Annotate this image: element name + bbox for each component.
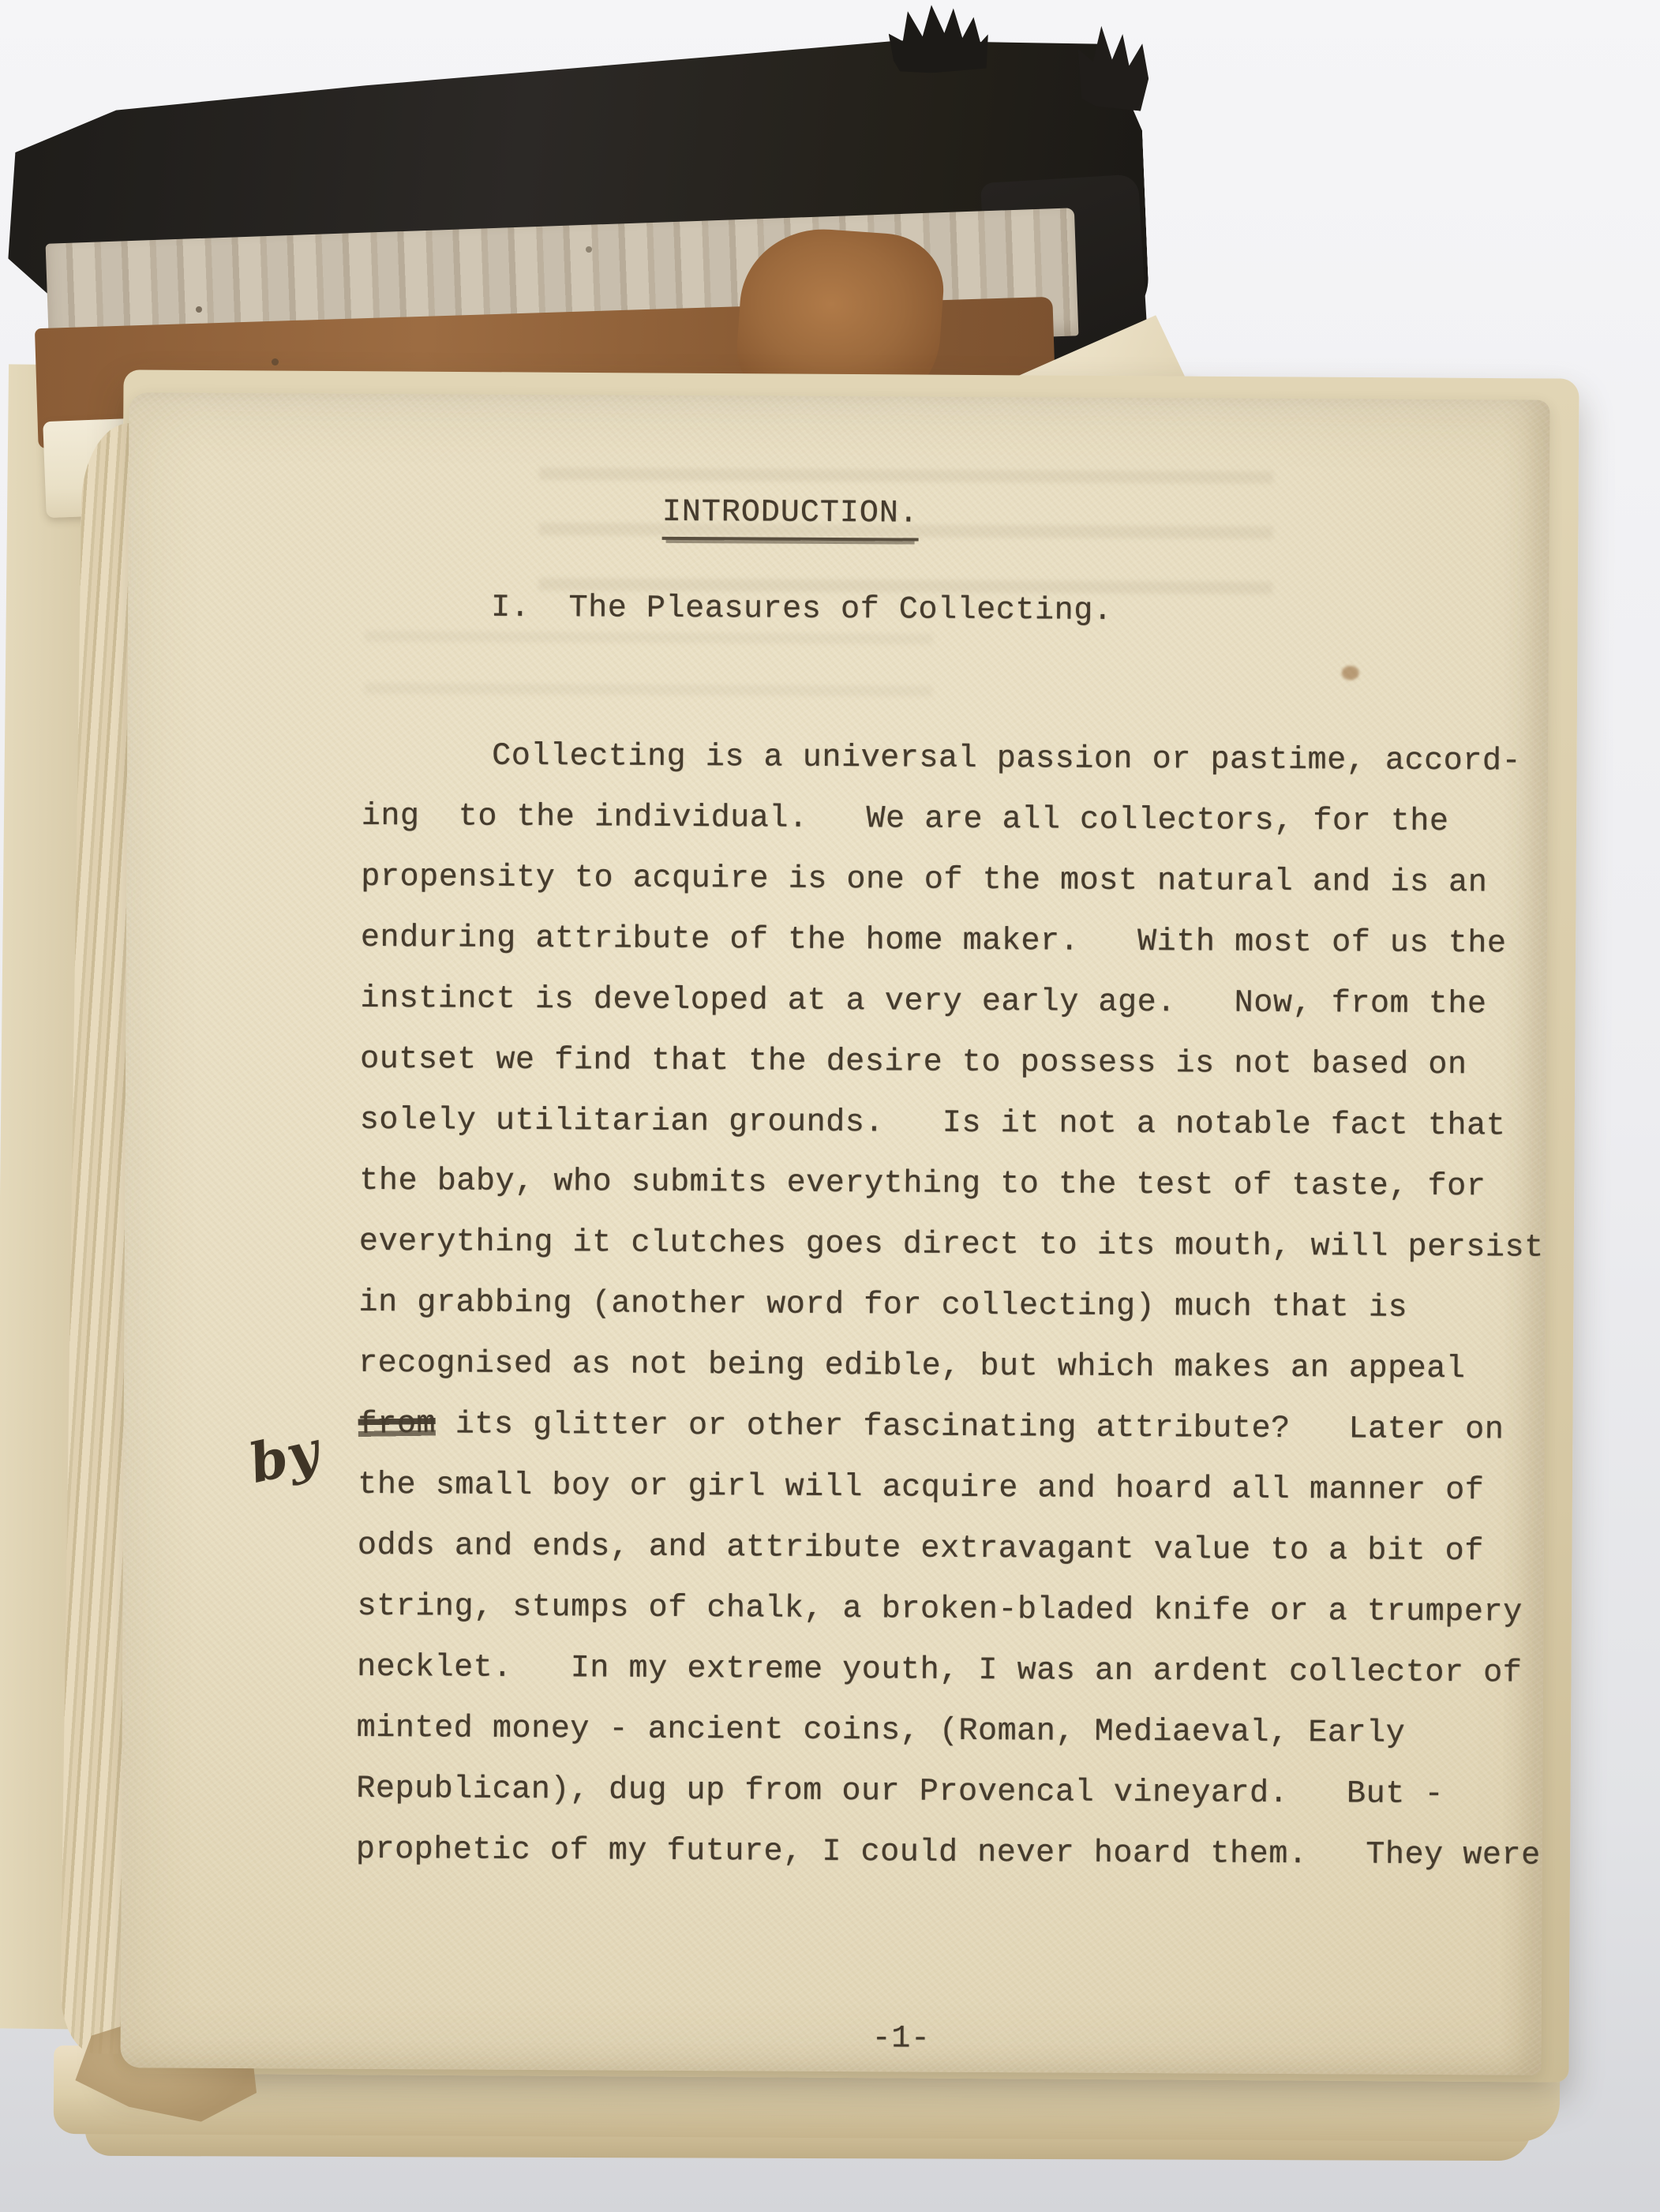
typed-line: in grabbing (another word for collecting… [358,1273,1546,1340]
paper-stain [1342,665,1359,680]
ink-bleed-through [364,631,933,737]
typed-line: the small boy or girl will acquire and h… [358,1455,1546,1522]
typed-line-rest: its glitter or other fascinating attribu… [436,1407,1504,1448]
typed-line: string, stumps of chalk, a broken-bladed… [357,1577,1545,1644]
typed-line: enduring attribute of the home maker. Wi… [361,908,1549,975]
typed-line: prophetic of my future, I could never ho… [356,1820,1544,1887]
section-heading: I. The Pleasures of Collecting. [491,590,1113,629]
photo-of-manuscript: { "document": { "title": "INTRODUCTION."… [0,0,1660,2212]
paper-speck [586,246,592,253]
page-title: INTRODUCTION. [662,495,919,542]
typed-line: instinct is developed at a very early ag… [360,969,1548,1036]
paper-speck [196,306,202,313]
typed-line: Republican), dug up from our Provencal v… [356,1759,1544,1826]
typed-line: the baby, who submits everything to the … [359,1151,1547,1218]
typed-line: minted money - ancient coins, (Roman, Me… [357,1698,1545,1765]
typed-line: solely utilitarian grounds. Is it not a … [360,1090,1548,1157]
typed-line-with-correction: from its glitter or other fascinating at… [358,1394,1546,1461]
typed-line: Collecting is a universal passion or pas… [362,725,1549,793]
manuscript-page: INTRODUCTION. I. The Pleasures of Collec… [120,392,1549,2075]
body-paragraph: Collecting is a universal passion or pas… [356,725,1550,1887]
typed-line: ing to the individual. We are all collec… [362,786,1549,853]
binder-frayed-tuft [1074,24,1152,111]
page-number: -1- [872,2021,931,2056]
typed-line: necklet. In my extreme youth, I was an a… [357,1637,1545,1704]
typed-line: outset we find that the desire to posses… [360,1029,1548,1097]
typed-line: propensity to acquire is one of the most… [361,847,1549,914]
typed-line: everything it clutches goes direct to it… [359,1212,1547,1279]
typed-line: recognised as not being edible, but whic… [358,1333,1546,1400]
struck-word: from [358,1393,437,1456]
paper-speck [272,358,279,366]
typed-line: odds and ends, and attribute extravagant… [358,1516,1546,1583]
binder-frayed-tuft [888,3,990,74]
